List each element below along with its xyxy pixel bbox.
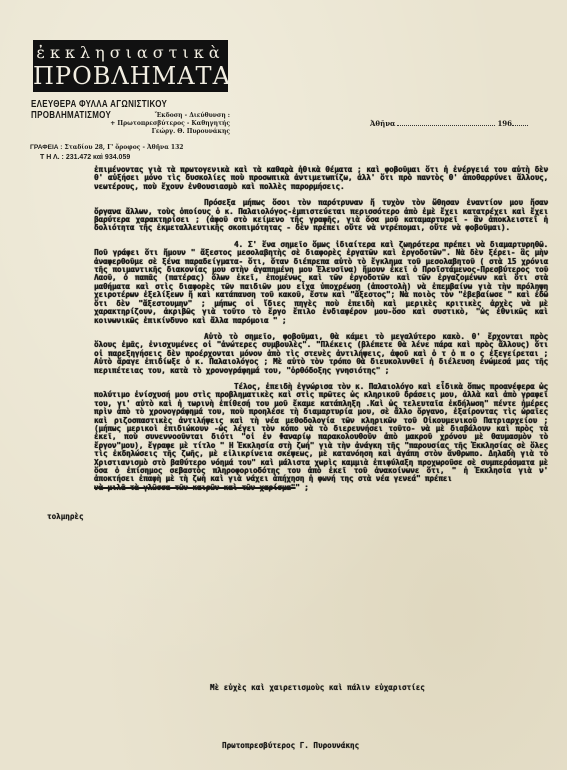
publisher-line: Ἔκδοση - Διεύθυνση :: [80, 112, 230, 120]
phone-label: Τ Η Λ. :: [40, 154, 64, 161]
signature: Πρωτοπρεσβύτερος Γ. Πυρουνάκης: [222, 741, 359, 750]
margin-note: τολμηρὲς: [47, 512, 84, 521]
struck-line-end: " ;: [295, 483, 308, 492]
struck-out-text: νὰ μιλᾶ τὰ γλῶσσα τῶν καιρῶν καὶ τῶν χαρ…: [94, 483, 295, 492]
offices-value: Σταδίου 28, Γ' ὄροφος - Ἀθῆνα 132: [65, 144, 184, 151]
dateline: Ἀθῆνα196: [370, 119, 528, 128]
closing-line: Μὲ εὐχὲς καὶ χαιρετισμοὺς καὶ πάλιν εὐχα…: [210, 683, 425, 692]
phone-numbers: 231.472 καὶ 934.059: [66, 154, 130, 161]
struck-line-wrap: νὰ μιλᾶ τὰ γλῶσσα τῶν καιρῶν καὶ τῶν χαρ…: [94, 484, 548, 492]
paragraph: ἐπιμένοντας γιὰ τὰ πρωτογενικὰ καὶ τὰ κα…: [94, 166, 548, 191]
letter-page: ἐκκλησιαστικὰ ΠΡΟΒΛΗΜΑΤΑ ΕΛΕΥΘΕΡΑ ΦΥΛΛΑ …: [0, 0, 567, 770]
publisher-info: Ἔκδοση - Διεύθυνση : + Πρωτοπρεσβύτερος …: [80, 112, 230, 136]
year-blank: [512, 125, 528, 126]
offices-label: ΓΡΑΦΕΙΑ :: [30, 144, 62, 151]
paragraph: Αὐτὸ τὸ σημεῖο, φοβοῦμαι, θὰ κάμει τὸ με…: [94, 333, 548, 375]
publisher-line: Γεώργ. Θ. Πυρουνάκης: [80, 128, 230, 136]
paragraph: Πρόσεξα μήπως ὅσοι τὸν παρότρυναν ἤ τυχὸ…: [94, 199, 548, 233]
publisher-line: + Πρωτοπρεσβύτερος - Καθηγητής: [80, 120, 230, 128]
paragraph: 4. Σ' ἕνα σημεῖο ὅμως ἰδιαίτερα καὶ ζωηρ…: [94, 241, 548, 325]
letter-body: ἐπιμένοντας γιὰ τὰ πρωτογενικὰ καὶ τὰ κα…: [94, 166, 548, 492]
offices-address: ΓΡΑΦΕΙΑ : Σταδίου 28, Γ' ὄροφος - Ἀθῆνα …: [30, 144, 183, 151]
masthead-top-line: ἐκκλησιαστικὰ: [33, 40, 228, 63]
dateline-city: Ἀθῆνα: [370, 119, 395, 128]
paragraph: Τέλος, ἐπειδὴ ἐγνώρισα τὸν κ. Παλαιολόγο…: [94, 383, 548, 484]
phone-info: Τ Η Λ. : 231.472 καὶ 934.059: [40, 154, 130, 161]
date-blank: [397, 125, 495, 126]
masthead-logo: ἐκκλησιαστικὰ ΠΡΟΒΛΗΜΑΤΑ: [33, 40, 228, 92]
masthead-title: ΠΡΟΒΛΗΜΑΤΑ: [33, 63, 228, 89]
dateline-year: 196: [497, 119, 512, 128]
